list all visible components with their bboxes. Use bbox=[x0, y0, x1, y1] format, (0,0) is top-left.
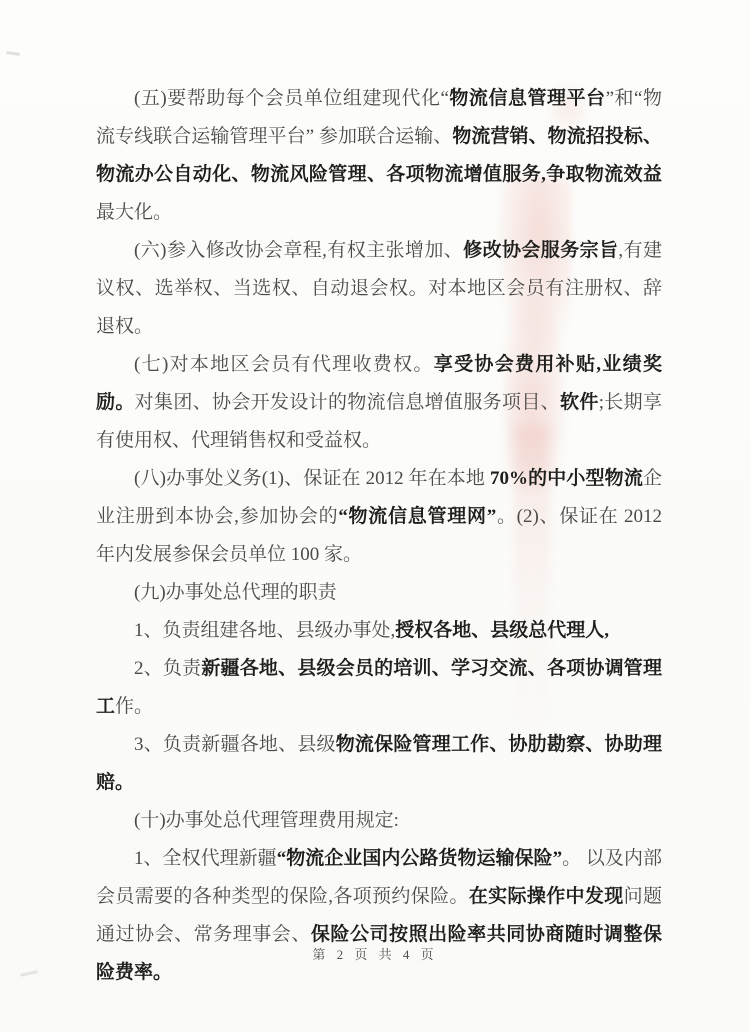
emphasis-run: 修改协会服务宗旨 bbox=[463, 240, 618, 261]
emphasis-run: 物流信息管理平台 bbox=[449, 88, 606, 109]
clause-9-item-2: 2、负责新疆各地、县级会员的培训、学习交流、各项协调管理工作。 bbox=[96, 650, 662, 726]
text-run: 1、负责组建各地、县级办事处, bbox=[134, 620, 395, 641]
text-run: 作。 bbox=[115, 696, 153, 717]
emphasis-run: 软件 bbox=[560, 392, 599, 413]
emphasis-run: 授权各地、县级总代理人, bbox=[395, 620, 609, 641]
text-run: (五)要帮助每个会员单位组建现代化“ bbox=[134, 88, 449, 109]
clause-6: (六)参入修改协会章程,有权主张增加、修改协会服务宗旨,有建议权、选举权、当选权… bbox=[96, 232, 662, 346]
clause-10-item-1: 1、全权代理新疆“物流企业国内公路货物运输保险”。 以及内部会员需要的各种类型的… bbox=[96, 840, 662, 992]
emphasis-run: 70%的中小型物流 bbox=[490, 468, 643, 489]
text-run: 最大化。 bbox=[96, 202, 172, 223]
clause-9: (九)办事处总代理的职责 bbox=[96, 574, 662, 612]
clause-10: (十)办事处总代理管理费用规定: bbox=[96, 802, 662, 840]
scan-speck bbox=[6, 51, 20, 56]
text-run: 2、负责 bbox=[134, 658, 201, 679]
clause-5: (五)要帮助每个会员单位组建现代化“物流信息管理平台”和“物流专线联合运输管理平… bbox=[96, 80, 662, 232]
text-run: (七)对本地区会员有代理收费权。 bbox=[134, 354, 434, 375]
clause-9-item-1: 1、负责组建各地、县级办事处,授权各地、县级总代理人, bbox=[96, 612, 662, 650]
clause-8: (八)办事处义务(1)、保证在 2012 年在本地 70%的中小型物流企业注册到… bbox=[96, 460, 662, 574]
text-run: (八)办事处义务(1)、保证在 2012 年在本地 bbox=[134, 468, 490, 489]
text-run: 对集团、协会开发设计的物流信息增值服务项目、 bbox=[135, 392, 560, 413]
text-run: 1、全权代理新疆 bbox=[134, 848, 277, 869]
text-run: (六)参入修改协会章程,有权主张增加、 bbox=[134, 240, 463, 261]
text-run: 3、负责新疆各地、县级 bbox=[134, 734, 336, 755]
emphasis-run: “物流信息管理网” bbox=[338, 506, 496, 527]
page-number: 第 2 页 共 4 页 bbox=[0, 944, 750, 963]
emphasis-run: “物流企业国内公路货物运输保险” bbox=[277, 848, 562, 869]
text-run: (十)办事处总代理管理费用规定: bbox=[134, 810, 399, 831]
clause-9-item-3: 3、负责新疆各地、县级物流保险管理工作、协肋勘察、协助理赔。 bbox=[96, 726, 662, 802]
document-body: (五)要帮助每个会员单位组建现代化“物流信息管理平台”和“物流专线联合运输管理平… bbox=[96, 80, 662, 992]
clause-7: (七)对本地区会员有代理收费权。享受协会费用补贴,业绩奖励。对集团、协会开发设计… bbox=[96, 346, 662, 460]
scan-speck bbox=[20, 970, 38, 977]
scanned-document-page: (五)要帮助每个会员单位组建现代化“物流信息管理平台”和“物流专线联合运输管理平… bbox=[0, 0, 750, 1032]
emphasis-run: 在实际操作中发现 bbox=[469, 886, 624, 907]
text-run: (九)办事处总代理的职责 bbox=[134, 582, 337, 603]
